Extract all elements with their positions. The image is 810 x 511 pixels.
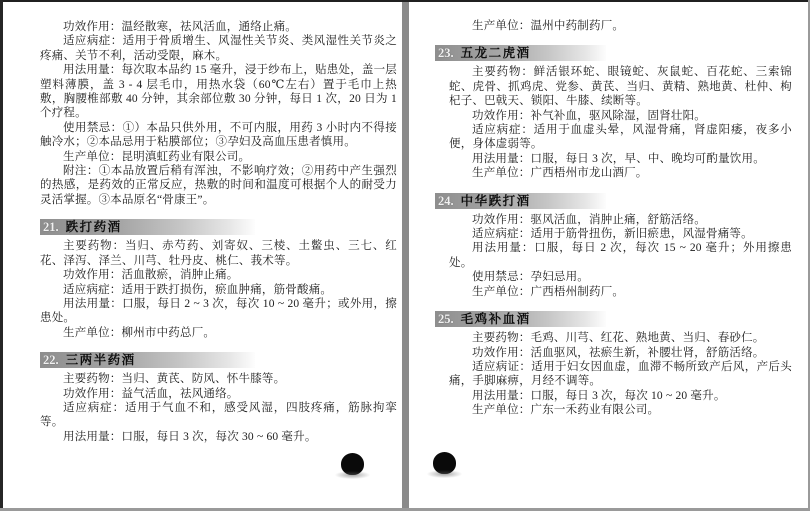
section-title: 三两半药酒 (66, 352, 136, 368)
section-header-21: 21.跌打药酒 (40, 219, 255, 235)
paragraph: 功效作用：温经散寒，祛风活血，通络止痛。 (40, 20, 397, 34)
scan-left-page: 功效作用：温经散寒，祛风活血，通络止痛。适应病症：适用于骨质增生、风湿性关节炎、… (0, 0, 402, 511)
paragraph: 适应病症：适用于筋骨扭伤，新旧瘀患，风湿骨痛等。 (449, 227, 792, 241)
paragraph: 适应病症：适用于血虚头晕，风湿骨痛，肾虚阳痿，夜多小便，身体虚弱等。 (449, 123, 792, 152)
paragraph: 主要药物：毛鸡、川芎、红花、熟地黄、当归、春砂仁。 (449, 331, 792, 345)
book-scan: 功效作用：温经散寒，祛风活血，通络止痛。适应病症：适用于骨质增生、风湿性关节炎、… (0, 0, 810, 511)
paragraph: 主要药物：鲜活银环蛇、眼镜蛇、灰鼠蛇、百花蛇、三索锦蛇、虎骨、抓鸡虎、党参、黄芪… (449, 65, 792, 108)
section-number: 22. (43, 352, 59, 368)
paragraph: 用法用量：每次取本品约 15 毫升，浸于纱布上，贴患处，盖一层塑料薄膜，盖 3 … (40, 63, 397, 121)
section-header-25: 25.毛鸡补血酒 (435, 311, 606, 327)
paragraph: 主要药物：当归、黄芪、防风、怀牛膝等。 (40, 372, 397, 386)
paragraph: 用法用量：口服，每日 3 次，每次 30 ~ 60 毫升。 (40, 430, 397, 444)
paragraph: 生产单位：广西梧州制药厂。 (449, 285, 792, 299)
paragraph: 用法用量：口服，每日 3 次，每次 10 ~ 20 毫升。 (449, 389, 792, 403)
paragraph: 功效作用：驱风活血，消肿止痛，舒筋活络。 (449, 213, 792, 227)
paragraph: 功效作用：补气补血，驱风除湿，固肾壮阳。 (449, 109, 792, 123)
paragraph: 使用禁忌：孕妇忌用。 (449, 270, 792, 284)
paragraph: 生产单位：广西梧州市龙山酒厂。 (449, 166, 792, 180)
scan-border-left (0, 0, 3, 511)
paragraph: 用法用量：口服，每日 2 次，每次 15 ~ 20 毫升；外用擦患处。 (449, 241, 792, 270)
section-header-23: 23.五龙二虎酒 (435, 45, 606, 61)
section-title: 跌打药酒 (66, 219, 122, 235)
paragraph: 功效作用：益气活血，祛风通络。 (40, 387, 397, 401)
paragraph: 适应病症：适用于骨质增生、风湿性关节炎、类风湿性关节炎之疼痛、关节不利，活动受限… (40, 34, 397, 63)
section-number: 25. (438, 311, 454, 327)
page-gutter (402, 0, 409, 511)
scan-right-page: 生产单位：温州中药制药厂。23.五龙二虎酒主要药物：鲜活银环蛇、眼镜蛇、灰鼠蛇、… (409, 0, 810, 511)
paragraph: 适应病证：适用于妇女因血虚，血滞不畅所致产后风，产后头痛，手脚麻痹，月经不调等。 (449, 360, 792, 389)
ink-blot-right (433, 452, 456, 474)
paragraph: 功效作用：活血散瘀，消肿止痛。 (40, 268, 397, 282)
section-header-24: 24.中华跌打酒 (435, 193, 606, 209)
section-title: 中华跌打酒 (461, 193, 531, 209)
paragraph: 功效作用：活血驱风，祛瘀生新，补腰壮肾，舒筋活络。 (449, 346, 792, 360)
section-number: 24. (438, 193, 454, 209)
paragraph: 主要药物：当归、赤芍药、刘寄奴、三棱、土鳖虫、三七、红花、泽泻、泽兰、川芎、牡丹… (40, 239, 397, 268)
section-title: 五龙二虎酒 (461, 45, 531, 61)
section-number: 23. (438, 45, 454, 61)
paragraph: 用法用量：口服，每日 2 ~ 3 次，每次 10 ~ 20 毫升；或外用，擦患处… (40, 297, 397, 326)
paragraph: 生产单位：广东一禾药业有限公司。 (449, 403, 792, 417)
paragraph: 生产单位：温州中药制药厂。 (449, 19, 792, 33)
section-number: 21. (43, 219, 59, 235)
section-title: 毛鸡补血酒 (461, 311, 531, 327)
paragraph: 用法用量：口服，每日 3 次，早、中、晚均可酌量饮用。 (449, 152, 792, 166)
section-header-22: 22.三两半药酒 (40, 352, 255, 368)
ink-blot-left (341, 453, 364, 475)
paragraph: 生产单位：柳州市中药总厂。 (40, 326, 397, 340)
paragraph: 使用禁忌：①）本品只供外用，不可内服，用药 3 小时内不得接触冷水；②本品忌用于… (40, 121, 397, 150)
scan-border-top (0, 0, 810, 2)
paragraph: 适应病症：适用于跌打损伤，瘀血肿痛，筋骨酸痛。 (40, 283, 397, 297)
paragraph: 生产单位：昆明滇虹药业有限公司。 (40, 150, 397, 164)
paragraph: 附注：①本品放置后稍有浑浊，不影响疗效；②用药中产生强烈的热感，是药效的正常反应… (40, 164, 397, 207)
paragraph: 适应病症：适用于气血不和，感受风湿，四肢疼痛，筋脉拘挛等。 (40, 401, 397, 430)
